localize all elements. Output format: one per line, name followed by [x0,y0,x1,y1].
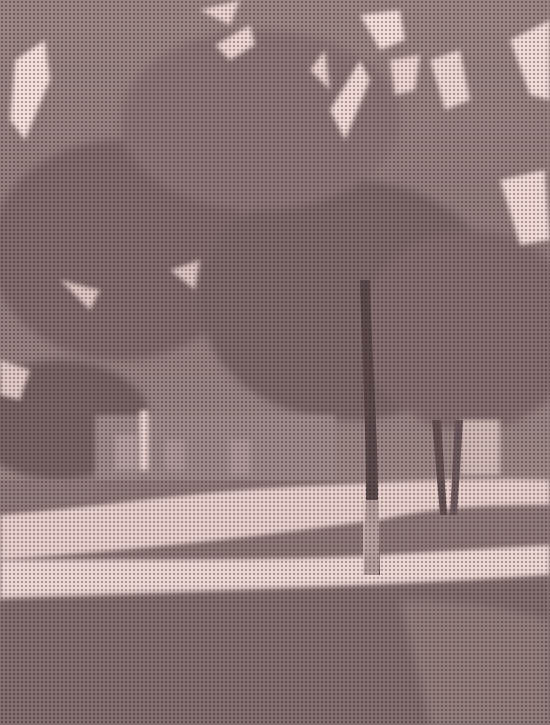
vintage-tree-photo [0,0,550,725]
photo-scene [0,0,550,725]
